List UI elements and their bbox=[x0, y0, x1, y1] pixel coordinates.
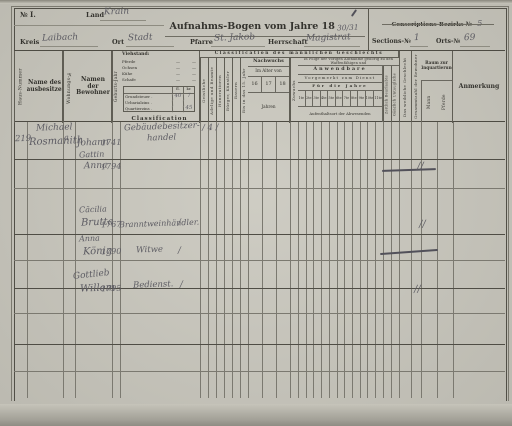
nachwuchs-box: Nachwuchs Im Alter von 16 17 18 Jahren bbox=[248, 58, 290, 123]
class-col-4: Bürger, Künstler bbox=[224, 58, 232, 123]
mann-col: Mann bbox=[421, 81, 437, 123]
year-col: 9te bbox=[358, 91, 366, 106]
vormerkung-group: In Folge der vorigen Aufnahme gehörig zu… bbox=[298, 58, 399, 123]
form-title-year: 30/31 bbox=[337, 24, 359, 32]
pferde-col: Pferde bbox=[437, 81, 452, 123]
col-hausbesitzer: Name des Hausbesitzers bbox=[27, 51, 63, 123]
col-geburtsjahr: Geburts-Jahr bbox=[112, 51, 120, 123]
conscription-underline bbox=[382, 24, 494, 25]
resident-5-year: 1795 bbox=[101, 285, 122, 294]
age-col-18: 18 bbox=[276, 77, 289, 92]
viehstand-row-b: — bbox=[180, 77, 196, 83]
field-kreis-label: Kreis bbox=[20, 39, 39, 46]
pfarre-baseline-rule bbox=[211, 46, 265, 47]
resident-4-mark: ∕ bbox=[178, 247, 181, 256]
class-col-6: Bis in das 15. Jahr bbox=[240, 58, 248, 123]
classification-group-header: Classification des männlichen Geschlecht… bbox=[200, 51, 399, 58]
vorgemerkt-label: Vorgemerkt zum Dienst bbox=[298, 75, 383, 83]
owner-name-line2: Rosmanith bbox=[29, 136, 84, 148]
viehstand-title: Viehstand: bbox=[122, 52, 149, 57]
im-alter-label: Im Alter von bbox=[248, 67, 289, 77]
header-right-divider bbox=[368, 8, 369, 50]
abwesende-label: Aufenthaltsort der Abwesenden bbox=[298, 107, 383, 122]
grid-line-horizontal bbox=[14, 188, 505, 189]
land-baseline-rule bbox=[100, 20, 146, 21]
field-pfarre-value: St. Jakob bbox=[214, 33, 255, 43]
field-orts-value: 69 bbox=[464, 34, 476, 43]
table-header: Haus-Nummer Name des Hausbesitzers Wohnu… bbox=[14, 50, 505, 122]
steuer-head-spacer bbox=[124, 87, 172, 93]
beurlaubte-col: Zeitlich Beurlaubte bbox=[383, 66, 391, 123]
viehstand-rows: Pferde—— Ochsen—— Kühe—— Schafe—— bbox=[122, 59, 196, 83]
female-tally-row3: ∕∕ bbox=[419, 220, 426, 230]
conscription-row: Conscriptions-Bezirks-№ 5 bbox=[372, 13, 502, 29]
owner-flag-mark: a bbox=[64, 134, 69, 142]
viehstand-row-label: Schafe bbox=[122, 77, 164, 83]
resident-4-class: Witwe bbox=[136, 246, 163, 255]
class-col-5: Bauern bbox=[232, 58, 240, 123]
field-conscription-label: Conscriptions-Bezirks-№ bbox=[392, 22, 473, 28]
resident-1-tally-marks: ∕ 4 ∕ bbox=[202, 124, 219, 133]
grid-line-horizontal bbox=[14, 260, 505, 261]
paper-bottom-edge bbox=[0, 404, 512, 426]
col-bewohner: Namen der Bewohner bbox=[75, 51, 112, 123]
year-col: 10te bbox=[366, 91, 375, 106]
year-col: 11te bbox=[374, 91, 382, 106]
jahre-label: Jahren bbox=[248, 93, 289, 121]
resident-3-mark: ∕ bbox=[178, 219, 181, 228]
form-title-row: Aufnahms-Bogen vom Jahre 18 30/31 bbox=[160, 22, 368, 32]
field-pfarre-label: Pfarre bbox=[190, 39, 213, 46]
viehstand-row-a: — bbox=[164, 77, 180, 83]
steuer-fl-value bbox=[172, 106, 183, 112]
resident-4-name-line1: Anna bbox=[79, 235, 100, 244]
col-viehstand-box: Viehstand: Pferde—— Ochsen—— Kühe—— Scha… bbox=[120, 51, 200, 123]
class-col-3: Honoratioren bbox=[216, 58, 224, 123]
einquartierung-box: Raum zur Einquartierung Mann Pferde bbox=[421, 51, 453, 123]
header-left-rule bbox=[14, 25, 164, 26]
year-col: 3te bbox=[313, 91, 321, 106]
sections-baseline-rule bbox=[410, 46, 428, 47]
field-sections-value: 1 bbox=[414, 34, 420, 43]
year-col: 4te bbox=[321, 91, 329, 106]
year-col: 2te bbox=[306, 91, 314, 106]
paper-top-edge bbox=[0, 0, 512, 4]
orts-baseline-rule bbox=[460, 46, 490, 47]
fuer-jahre-label: Für die Jahre bbox=[298, 83, 383, 91]
herrschaft-baseline-rule bbox=[304, 46, 360, 47]
steuer-box: fl. kr. Grundsteuer . 40 7 Urbarialzins … bbox=[123, 86, 195, 112]
resident-1-class-line2: handel bbox=[147, 133, 176, 143]
year-col: 5te bbox=[328, 91, 336, 106]
grid-line-horizontal bbox=[14, 344, 505, 345]
kreis-baseline-rule bbox=[40, 46, 98, 47]
age-col-17: 17 bbox=[262, 77, 276, 92]
col-anmerkung: Anmerkung bbox=[453, 51, 505, 123]
resident-5-mark: ∕ bbox=[180, 281, 183, 290]
grid-line-horizontal bbox=[14, 371, 505, 372]
vorige-note: In Folge der vorigen Aufnahme gehörig zu… bbox=[298, 58, 399, 66]
col-weiblich: Das weibliche Geschlecht bbox=[399, 51, 411, 123]
year-col: 1te bbox=[298, 91, 306, 106]
nachwuchs-label: Nachwuchs bbox=[248, 58, 289, 67]
field-kreis-value: Laibach bbox=[42, 33, 78, 43]
form-title: Aufnahms-Bogen vom Jahre 18 bbox=[170, 22, 335, 32]
steuer-kr-value: 45 bbox=[183, 106, 194, 112]
anwendbare-label: Anwendbare bbox=[298, 66, 383, 75]
field-land-value: Krain bbox=[104, 8, 129, 18]
col-haus-nummer: Haus-Nummer bbox=[14, 51, 27, 123]
field-herrschaft-label: Herrschaft bbox=[268, 39, 307, 46]
col-wohnpartei: Wohnungs-№ bbox=[63, 51, 75, 123]
year-col: 8te bbox=[351, 91, 359, 106]
resident-5-class: Bedienst. bbox=[133, 280, 174, 290]
field-land-label: Land bbox=[86, 12, 104, 19]
class-col-1: Geistliche bbox=[200, 58, 208, 123]
form-number-label: № I. bbox=[20, 11, 36, 18]
scanned-census-form: № I. Land Krain Aufnahms-Bogen vom Jahre… bbox=[0, 0, 512, 426]
class-col-2: Adelige und Beamte bbox=[208, 58, 216, 123]
age-col-16: 16 bbox=[248, 77, 262, 92]
grid-line-horizontal bbox=[14, 313, 505, 314]
resident-2-year: 1794 bbox=[101, 163, 122, 172]
einquartierung-label: Raum zur Einquartierung bbox=[421, 51, 452, 81]
col-gesammt: Gesammtzahl der Bewohner bbox=[411, 51, 421, 123]
resident-1-year: 1741 bbox=[101, 139, 122, 148]
field-orts-label: Orts-№ bbox=[436, 39, 460, 45]
untaugliche-col: Gänzlich Untaugliche bbox=[391, 66, 399, 123]
female-tally-row5: ∕∕ bbox=[414, 285, 421, 295]
group-2-title: Cäcilia bbox=[79, 206, 107, 215]
steuer-row-label: Quartierzins . bbox=[124, 106, 172, 112]
field-ort-label: Ort bbox=[112, 39, 124, 46]
field-sections-label: Sections-№ bbox=[372, 39, 411, 45]
ort-baseline-rule bbox=[126, 46, 174, 47]
year-col: 6te bbox=[336, 91, 344, 106]
zuwachs-col: Zuwachs bbox=[290, 58, 298, 123]
field-herrschaft-value: Magistrat bbox=[306, 33, 351, 44]
field-ort-value: Stadt bbox=[128, 34, 153, 44]
resident-4-year: 1790 bbox=[101, 248, 122, 257]
resident-2-relation: Gattin bbox=[79, 151, 105, 160]
female-tally-row2: ∕∕ bbox=[417, 162, 424, 172]
year-col: 7te bbox=[343, 91, 351, 106]
